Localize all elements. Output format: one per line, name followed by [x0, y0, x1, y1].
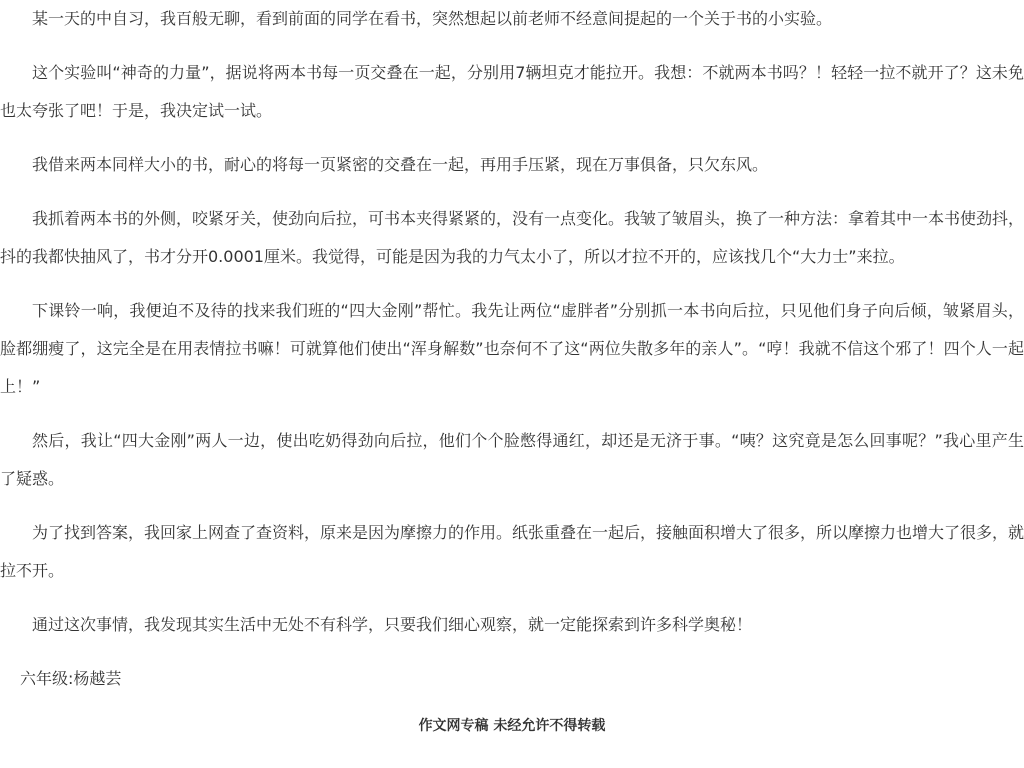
article-body: 某一天的中自习，我百般无聊，看到前面的同学在看书，突然想起以前老师不经意间提起的… — [0, 0, 1024, 738]
copyright-notice: 作文网专稿 未经允许不得转载 — [0, 714, 1024, 738]
paragraph-6: 然后，我让“四大金刚”两人一边，使出吃奶得劲向后拉，他们个个脸憋得通红，却还是无… — [0, 422, 1024, 498]
paragraph-5: 下课铃一响，我便迫不及待的找来我们班的“四大金刚”帮忙。我先让两位“虚胖者”分别… — [0, 292, 1024, 406]
author-line: 六年级:杨越芸 — [0, 660, 1024, 698]
paragraph-2: 这个实验叫“神奇的力量”，据说将两本书每一页交叠在一起，分别用7辆坦克才能拉开。… — [0, 54, 1024, 130]
paragraph-4: 我抓着两本书的外侧，咬紧牙关，使劲向后拉，可书本夹得紧紧的，没有一点变化。我皱了… — [0, 200, 1024, 276]
paragraph-7: 为了找到答案，我回家上网查了查资料，原来是因为摩擦力的作用。纸张重叠在一起后，接… — [0, 514, 1024, 590]
paragraph-3: 我借来两本同样大小的书，耐心的将每一页紧密的交叠在一起，再用手压紧，现在万事俱备… — [0, 146, 1024, 184]
paragraph-8: 通过这次事情，我发现其实生活中无处不有科学，只要我们细心观察，就一定能探索到许多… — [0, 606, 1024, 644]
paragraph-1: 某一天的中自习，我百般无聊，看到前面的同学在看书，突然想起以前老师不经意间提起的… — [0, 0, 1024, 38]
